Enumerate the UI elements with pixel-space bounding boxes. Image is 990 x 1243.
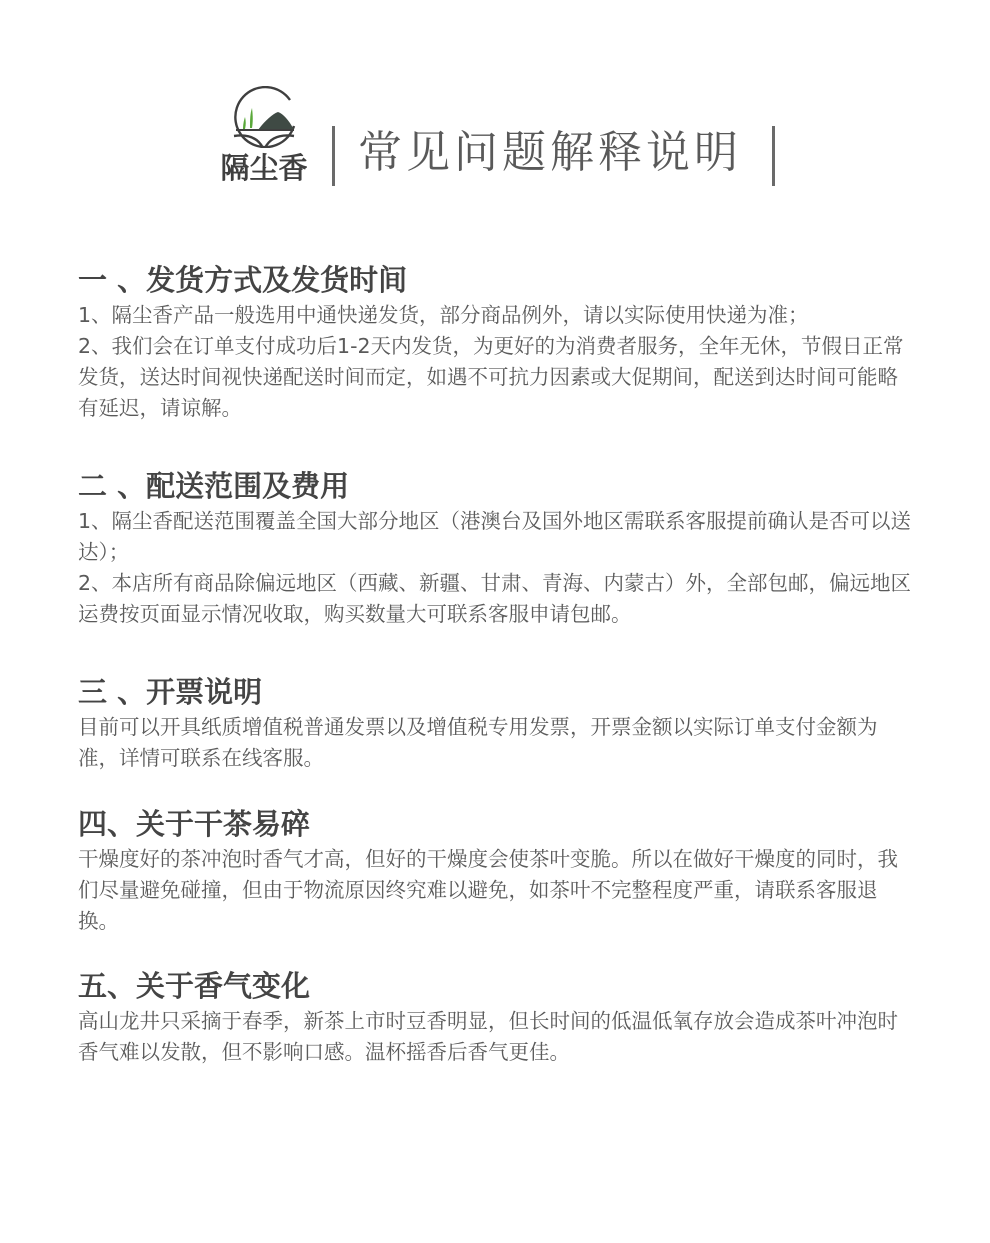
page-title: 常见问题解释说明 — [358, 122, 742, 184]
section-body: 目前可以开具纸质增值税普通发票以及增值税专用发票，开票金额以实际订单支付金额为准… — [78, 712, 918, 774]
tea-mountain-logo-icon — [228, 86, 300, 148]
faq-section-fragile-tea: 四、关于干茶易碎 干燥度好的茶冲泡时香气才高，但好的干燥度会使茶叶变脆。所以在做… — [78, 804, 918, 937]
section-title: 一 、发货方式及发货时间 — [78, 260, 918, 300]
section-body: 干燥度好的茶冲泡时香气才高，但好的干燥度会使茶叶变脆。所以在做好干燥度的同时，我… — [78, 844, 918, 937]
faq-section-invoice: 三 、开票说明 目前可以开具纸质增值税普通发票以及增值税专用发票，开票金额以实际… — [78, 672, 918, 774]
section-body: 1、隔尘香产品一般选用中通快递发货，部分商品例外，请以实际使用快递为准； 2、我… — [78, 300, 918, 424]
section-paragraph: 2、我们会在订单支付成功后1-2天内发货，为更好的为消费者服务，全年无休，节假日… — [78, 331, 918, 424]
title-divider-left — [332, 126, 335, 186]
brand-name: 隔尘香 — [214, 150, 314, 186]
brand-logo: 隔尘香 — [214, 86, 314, 190]
faq-section-delivery-range: 二 、配送范围及费用 1、隔尘香配送范围覆盖全国大部分地区（港澳台及国外地区需联… — [78, 466, 918, 630]
section-paragraph: 目前可以开具纸质增值税普通发票以及增值税专用发票，开票金额以实际订单支付金额为准… — [78, 712, 918, 774]
title-divider-right — [772, 126, 775, 186]
section-title: 五、关于香气变化 — [78, 966, 918, 1006]
section-body: 1、隔尘香配送范围覆盖全国大部分地区（港澳台及国外地区需联系客服提前确认是否可以… — [78, 506, 918, 630]
section-paragraph: 高山龙井只采摘于春季，新茶上市时豆香明显，但长时间的低温低氧存放会造成茶叶冲泡时… — [78, 1006, 918, 1068]
section-title: 四、关于干茶易碎 — [78, 804, 918, 844]
section-paragraph: 1、隔尘香产品一般选用中通快递发货，部分商品例外，请以实际使用快递为准； — [78, 300, 918, 331]
page-header: 隔尘香 常见问题解释说明 — [0, 0, 990, 200]
section-title: 三 、开票说明 — [78, 672, 918, 712]
section-title: 二 、配送范围及费用 — [78, 466, 918, 506]
section-paragraph: 2、本店所有商品除偏远地区（西藏、新疆、甘肃、青海、内蒙古）外，全部包邮，偏远地… — [78, 568, 918, 630]
faq-section-aroma: 五、关于香气变化 高山龙井只采摘于春季，新茶上市时豆香明显，但长时间的低温低氧存… — [78, 966, 918, 1068]
section-body: 高山龙井只采摘于春季，新茶上市时豆香明显，但长时间的低温低氧存放会造成茶叶冲泡时… — [78, 1006, 918, 1068]
section-paragraph: 干燥度好的茶冲泡时香气才高，但好的干燥度会使茶叶变脆。所以在做好干燥度的同时，我… — [78, 844, 918, 937]
faq-section-shipping: 一 、发货方式及发货时间 1、隔尘香产品一般选用中通快递发货，部分商品例外，请以… — [78, 260, 918, 424]
section-paragraph: 1、隔尘香配送范围覆盖全国大部分地区（港澳台及国外地区需联系客服提前确认是否可以… — [78, 506, 918, 568]
